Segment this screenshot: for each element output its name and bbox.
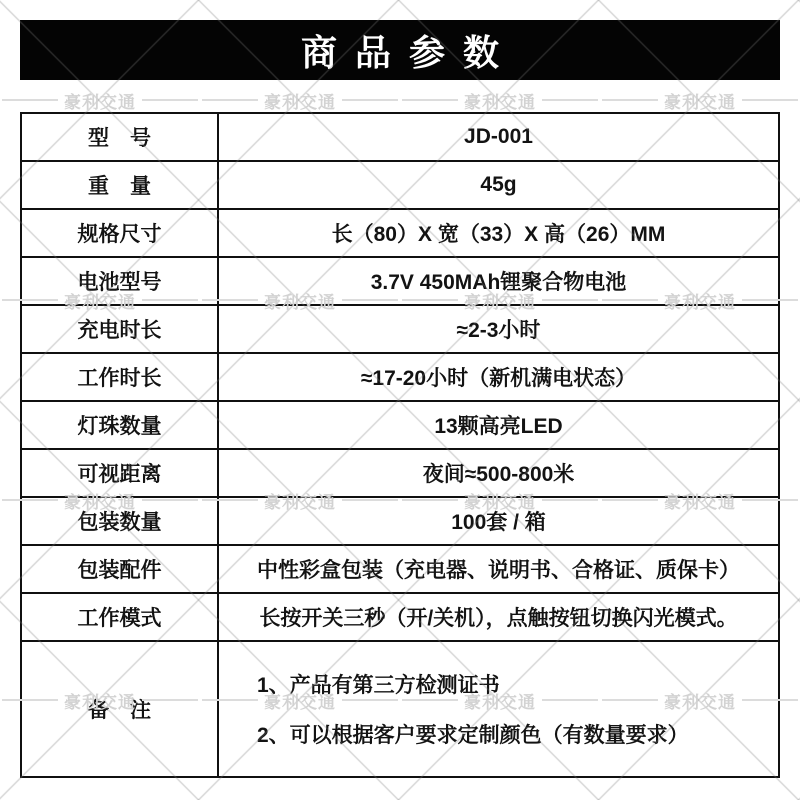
spec-label-model: 型 号 (22, 114, 219, 160)
spec-row-work-mode: 工作模式 长按开关三秒（开/关机），点触按钮切换闪光模式。 (22, 592, 778, 640)
spec-value-package-accessories: 中性彩盒包装（充电器、说明书、合格证、质保卡） (219, 546, 778, 592)
spec-row-weight: 重 量 45g (22, 160, 778, 208)
spec-value-model: JD-001 (219, 114, 778, 160)
spec-value-work-mode: 长按开关三秒（开/关机），点触按钮切换闪光模式。 (219, 594, 778, 640)
spec-label-remarks: 备 注 (22, 642, 219, 776)
spec-row-package-accessories: 包装配件 中性彩盒包装（充电器、说明书、合格证、质保卡） (22, 544, 778, 592)
spec-label-battery-model: 电池型号 (22, 258, 219, 304)
spec-value-remarks: 1、产品有第三方检测证书2、可以根据客户要求定制颜色（有数量要求） (219, 642, 778, 776)
remark-line-1: 1、产品有第三方检测证书 (257, 669, 500, 699)
spec-value-package-quantity: 100套 / 箱 (219, 498, 778, 544)
spec-row-led-count: 灯珠数量 13颗高亮LED (22, 400, 778, 448)
header-banner: 商品参数 (20, 20, 780, 80)
spec-label-visible-distance: 可视距离 (22, 450, 219, 496)
watermark-line (342, 99, 398, 101)
spec-row-remarks: 备 注 1、产品有第三方检测证书2、可以根据客户要求定制颜色（有数量要求） (22, 640, 778, 776)
spec-table: 型 号 JD-001 重 量 45g 规格尺寸 长（80）X 宽（33）X 高（… (20, 112, 780, 778)
spec-label-package-quantity: 包装数量 (22, 498, 219, 544)
spec-label-package-accessories: 包装配件 (22, 546, 219, 592)
spec-label-work-duration: 工作时长 (22, 354, 219, 400)
spec-value-charge-duration: ≈2-3小时 (219, 306, 778, 352)
watermark-line (542, 99, 598, 101)
spec-label-charge-duration: 充电时长 (22, 306, 219, 352)
spec-value-dimensions: 长（80）X 宽（33）X 高（26）MM (219, 210, 778, 256)
spec-value-work-duration: ≈17-20小时（新机满电状态） (219, 354, 778, 400)
watermark-text: 豪利交通 (664, 88, 736, 113)
product-spec-sheet: 商品参数 型 号 JD-001 重 量 45g 规格尺寸 长（80）X 宽（33… (0, 0, 800, 800)
spec-row-dimensions: 规格尺寸 长（80）X 宽（33）X 高（26）MM (22, 208, 778, 256)
spec-label-weight: 重 量 (22, 162, 219, 208)
spec-row-model: 型 号 JD-001 (22, 114, 778, 160)
watermark-line (742, 99, 798, 101)
spec-label-work-mode: 工作模式 (22, 594, 219, 640)
watermark-text: 豪利交通 (464, 88, 536, 113)
remark-line-2: 2、可以根据客户要求定制颜色（有数量要求） (257, 719, 689, 749)
spec-row-visible-distance: 可视距离 夜间≈500-800米 (22, 448, 778, 496)
spec-row-battery-model: 电池型号 3.7V 450MAh锂聚合物电池 (22, 256, 778, 304)
watermark-line (602, 99, 658, 101)
spec-label-dimensions: 规格尺寸 (22, 210, 219, 256)
spec-value-weight: 45g (219, 162, 778, 208)
watermark-text: 豪利交通 (264, 88, 336, 113)
watermark-line (142, 99, 198, 101)
spec-label-led-count: 灯珠数量 (22, 402, 219, 448)
spec-row-work-duration: 工作时长 ≈17-20小时（新机满电状态） (22, 352, 778, 400)
spec-row-package-quantity: 包装数量 100套 / 箱 (22, 496, 778, 544)
watermark-line (202, 99, 258, 101)
watermark-text: 豪利交通 (64, 88, 136, 113)
spec-value-visible-distance: 夜间≈500-800米 (219, 450, 778, 496)
watermark-line (402, 99, 458, 101)
spec-value-battery-model: 3.7V 450MAh锂聚合物电池 (219, 258, 778, 304)
spec-value-led-count: 13颗高亮LED (219, 402, 778, 448)
watermark-line (2, 99, 58, 101)
page-title: 商品参数 (283, 25, 517, 76)
spec-row-charge-duration: 充电时长 ≈2-3小时 (22, 304, 778, 352)
